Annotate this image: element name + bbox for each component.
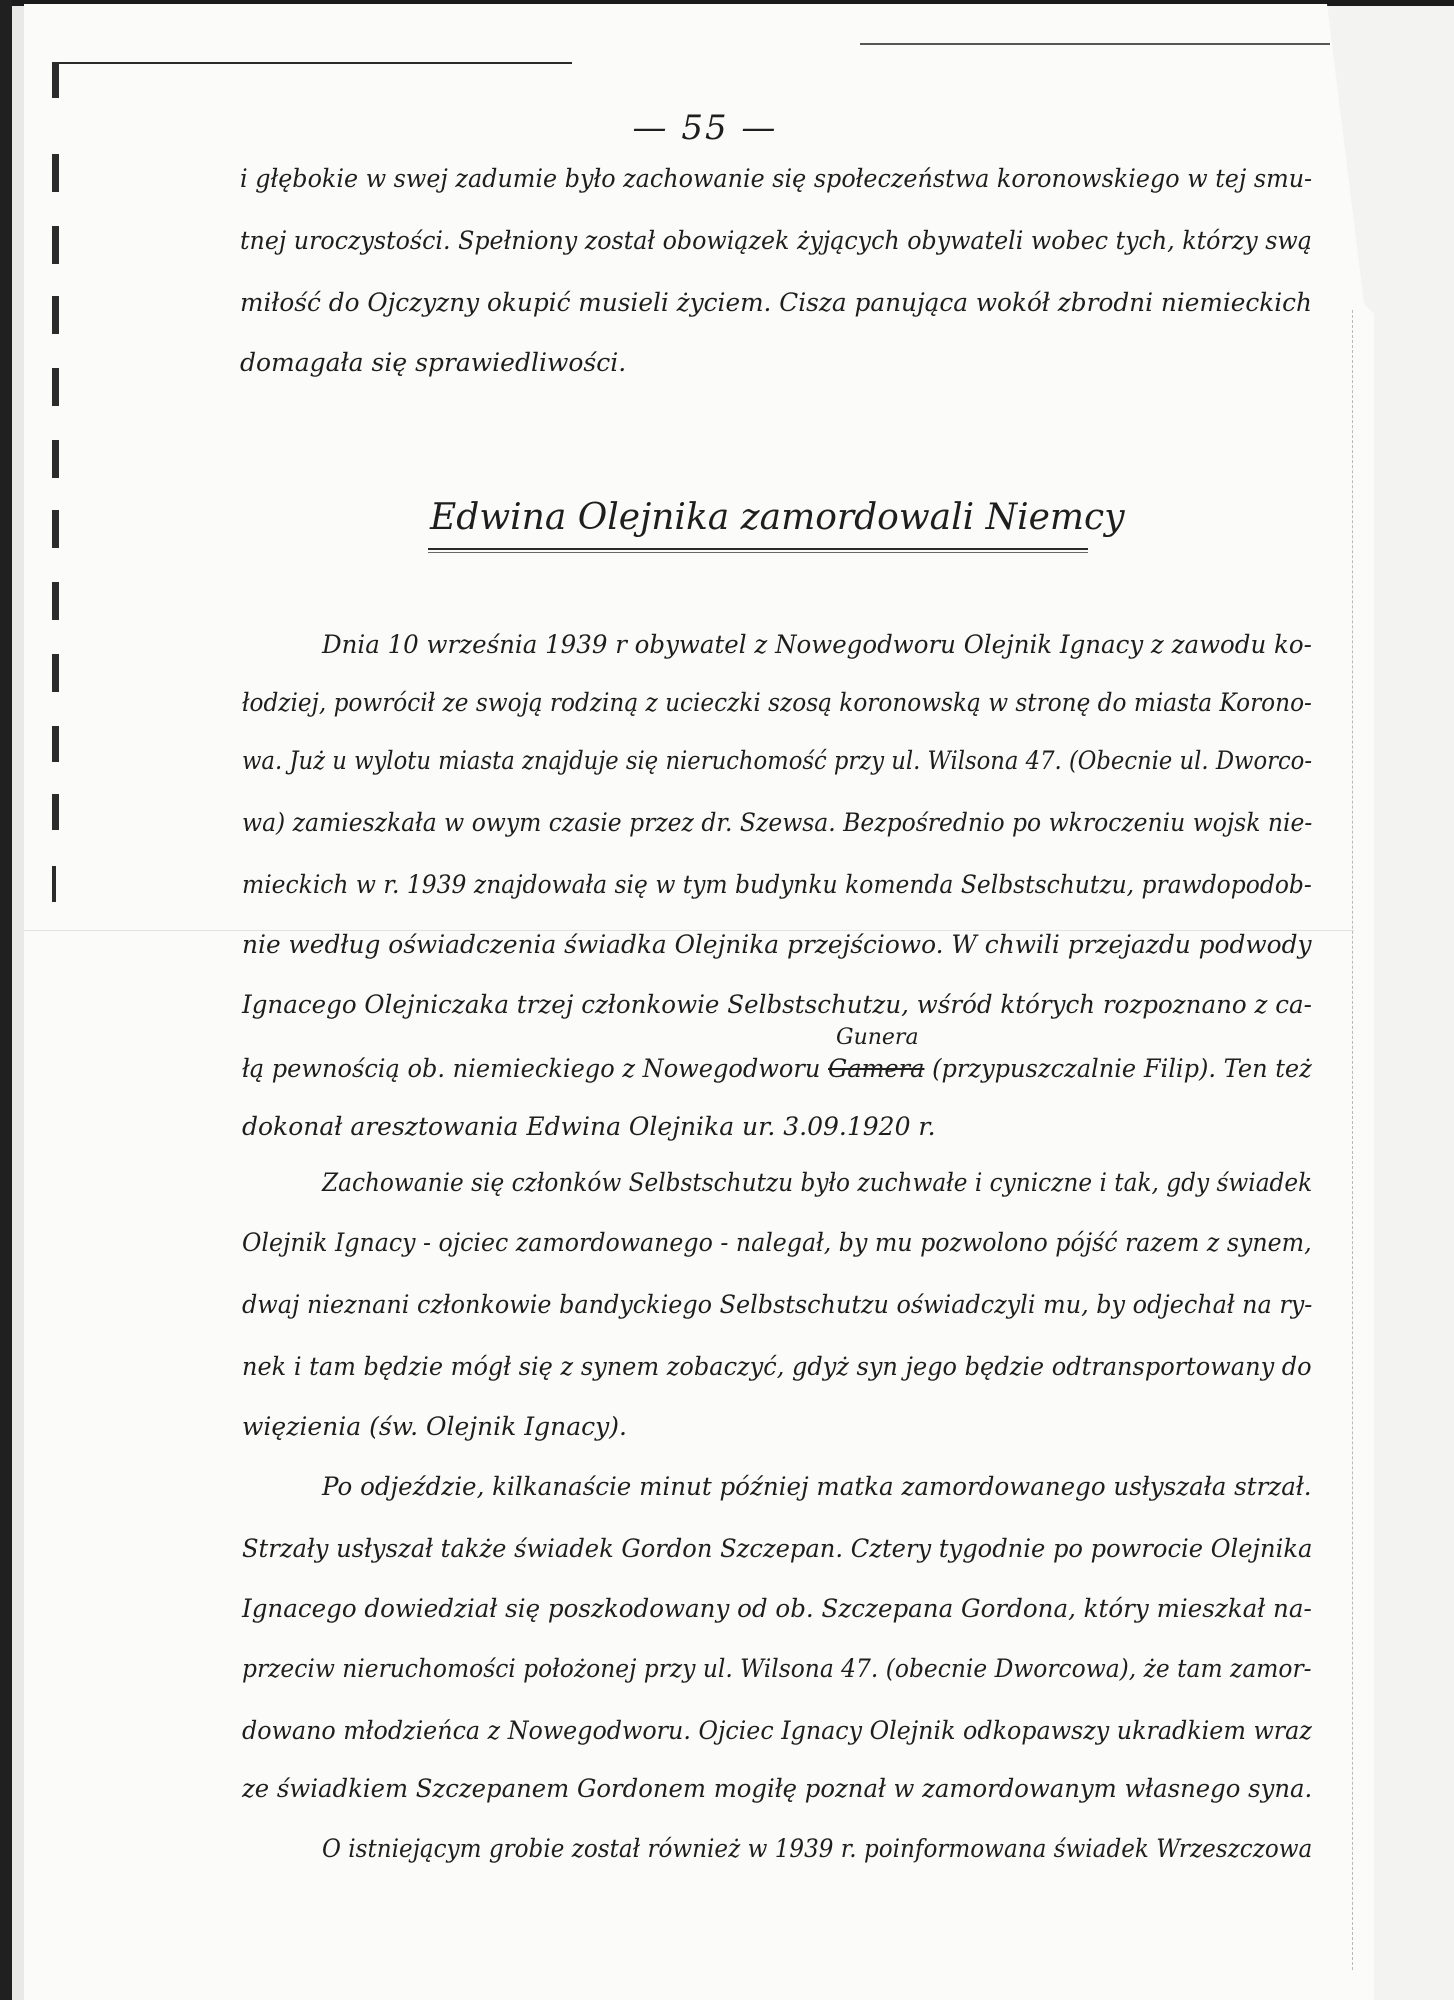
text-line: Olejnik Ignacy - ojciec zamordowanego - …	[242, 1228, 1312, 1258]
text-line: nek i tam będzie mógł się z synem zobacz…	[242, 1352, 1312, 1382]
title-underline	[428, 548, 1088, 550]
text-line: domagała się sprawiedliwości.	[240, 348, 626, 378]
text-line: mieckich w r. 1939 znajdowała się w tym …	[242, 870, 1312, 900]
text-line: Po odjeździe, kilkanaście minut później …	[322, 1472, 1312, 1502]
text-line: Zachowanie się członków Selbstschutzu by…	[322, 1168, 1312, 1198]
text-line: łodziej, powrócił ze swoją rodziną z uci…	[242, 688, 1312, 718]
text-line: dokonał aresztowania Edwina Olejnika ur.…	[242, 1112, 936, 1142]
text-segment: (przypuszczalnie Filip). Ten też	[924, 1054, 1311, 1083]
text-line: Ignacego Olejniczaka trzej członkowie Se…	[242, 990, 1312, 1020]
text-line: dowano młodzieńca z Nowegodworu. Ojciec …	[242, 1716, 1312, 1746]
section-title: Edwina Olejnika zamordowali Niemcy	[430, 496, 1080, 540]
text-line: wa) zamieszkała w owym czasie przez dr. …	[242, 808, 1312, 838]
title-underline	[428, 552, 1088, 553]
text-line: Strzały usłyszał także świadek Gordon Sz…	[242, 1534, 1312, 1564]
handwritten-correction: Gunera	[836, 1026, 919, 1050]
text-line: ze świadkiem Szczepanem Gordonem mogiłę …	[242, 1774, 1312, 1804]
text-line: więzienia (św. Olejnik Ignacy).	[242, 1412, 627, 1442]
text-segment: łą pewnością ob. niemieckiego z Nowegodw…	[242, 1054, 828, 1083]
text-line: miłość do Ojczyzny okupić musieli życiem…	[240, 288, 1312, 318]
text-line: wa. Już u wylotu miasta znajduje się nie…	[242, 746, 1312, 776]
text-line: dwaj nieznani członkowie bandyckiego Sel…	[242, 1290, 1312, 1320]
text-line: przeciw nieruchomości położonej przy ul.…	[242, 1654, 1312, 1684]
text-line: i głębokie w swej zadumie było zachowani…	[240, 164, 1312, 194]
text-line-with-correction: łą pewnością ob. niemieckiego z Nowegodw…	[242, 1054, 1312, 1084]
text-line: Ignacego dowiedział się poszkodowany od …	[242, 1594, 1312, 1624]
text-line: nie według oświadczenia świadka Olejnika…	[242, 930, 1312, 960]
text-line: Dnia 10 września 1939 r obywatel z Noweg…	[322, 630, 1312, 660]
text-line: O istniejącym grobie został również w 19…	[322, 1834, 1312, 1864]
text-line: tnej uroczystości. Spełniony został obow…	[240, 226, 1312, 256]
handwritten-page: — 55 — i głębokie w swej zadumie było za…	[0, 0, 1454, 2000]
struck-word: Gamera	[828, 1054, 924, 1083]
page-number: — 55 —	[620, 108, 790, 148]
